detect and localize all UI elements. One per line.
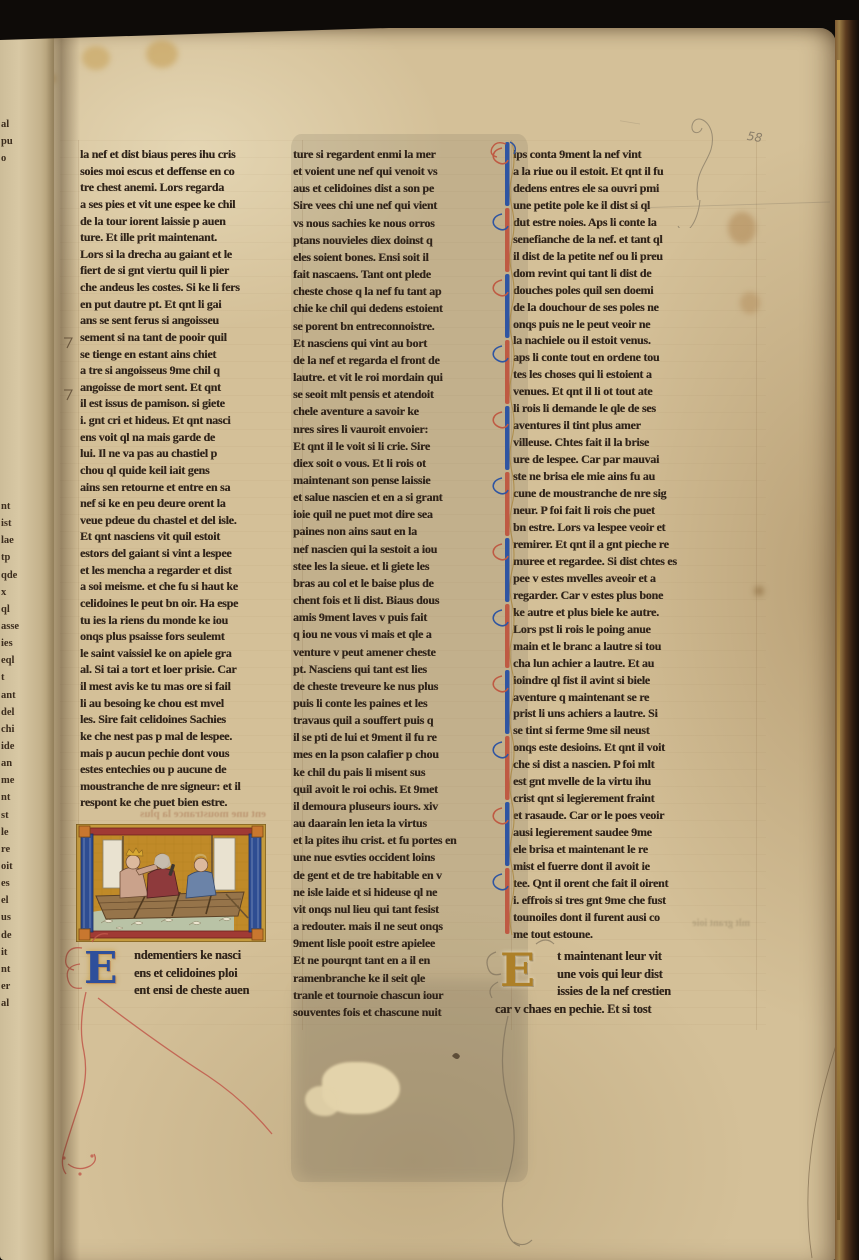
- gutter-fragment: ant: [1, 687, 24, 704]
- text-line: bras au col et le baise plus de: [293, 575, 509, 592]
- text-line: stee les la sieue. et li giete les: [293, 558, 509, 575]
- text-line: remirer. Et qnt il a gnt pieche re: [513, 536, 755, 553]
- text-line: maintenant son pense laissie: [293, 472, 509, 489]
- text-line: li rois li demande le qle de ses: [513, 400, 755, 417]
- text-line: se seoit mlt pensis et atendoit: [293, 386, 509, 403]
- text-line: al. Si tai a tort et loer prisie. Car: [80, 661, 304, 678]
- text-line: tounoiles dont il furent ausi co: [513, 909, 755, 926]
- text-line: amis 9ment laves v puis fait: [293, 609, 509, 626]
- gutter-fragment: us: [1, 909, 24, 926]
- text-line: che andeus les costes. Si ke li fers: [80, 279, 304, 296]
- text-line: onqs plus psaisse fors seulemt: [80, 628, 304, 645]
- gutter-fragment: nt: [1, 789, 24, 806]
- text-line: la nef et dist biaus peres ihu cris: [80, 146, 304, 163]
- text-line: ptans nouvieles diex doinst q: [293, 232, 509, 249]
- text-line: vit onqs nul lieu qui tant fesist: [293, 901, 509, 918]
- text-line: Et qnt il le voit si li crie. Sire: [293, 438, 509, 455]
- text-line: onqs puis ne le peut veoir ne: [513, 316, 755, 333]
- text-line: main et le branc a lautre si tou: [513, 638, 755, 655]
- text-line: nef nascien qui la sestoit a iou: [293, 541, 509, 558]
- text-line: me tout estoune.: [513, 926, 755, 943]
- gutter-fragment: ql: [1, 601, 24, 618]
- gutter-fragment: pu: [1, 133, 24, 150]
- gutter-fragment: an: [1, 755, 24, 772]
- text-line: regarder. Car v estes plus bone: [513, 587, 755, 604]
- text-line: a soi meisme. et che fu si haut ke: [80, 578, 304, 595]
- text-line: cheste chose q la nef fu tant ap: [293, 283, 509, 300]
- text-line: ioindre ql fist il avint si biele: [513, 672, 755, 689]
- text-line: cune de moustranche de nre sig: [513, 485, 755, 502]
- text-line: de gent et de tre habitable en v: [293, 867, 509, 884]
- stain-spot: [82, 46, 110, 70]
- text-line: diex soit o vous. Et li rois ot: [293, 455, 509, 472]
- text-line: q iou ne vous vi mais et qle a: [293, 626, 509, 643]
- text-line: mes en la pson calafier p chou: [293, 746, 509, 763]
- text-line: celidoines le peut bn oir. Ha espe: [80, 595, 304, 612]
- parchment-repair-patch: [305, 1086, 339, 1116]
- text-line: ausi legierement saudee 9me: [513, 824, 755, 841]
- text-line: fait nascaens. Tant ont plede: [293, 266, 509, 283]
- text-line: fiert de si gnt viertu quil li pier: [80, 262, 304, 279]
- text-line: et rasaude. Car or le poes veoir: [513, 807, 755, 824]
- text-line: ent ensi de cheste auen: [82, 982, 312, 1000]
- text-line: puis li conte les paines et les: [293, 695, 509, 712]
- text-line: li au besoing ke chou est mvel: [80, 695, 304, 712]
- text-line: souventes fois et chascune nuit: [293, 1004, 509, 1021]
- miniature-boat-scene: [76, 824, 266, 942]
- text-line: et salue nascien et en a si grant: [293, 489, 509, 506]
- stain-spot: [146, 40, 178, 68]
- gutter-fragment: le: [1, 824, 24, 841]
- text-line: ndementiers ke nasci: [82, 947, 312, 965]
- text-line: et les mencha a regarder et dist: [80, 562, 304, 579]
- ruling-vertical: [756, 140, 757, 1030]
- text-line: en put dautre pt. Et qnt li gai: [80, 296, 304, 313]
- text-line: tes les choses qui li estoient a: [513, 366, 755, 383]
- text-line: respont ke che puet bien estre.: [80, 794, 304, 811]
- gutter-fragment: nt: [1, 961, 24, 978]
- gutter-fragment: del: [1, 704, 24, 721]
- manuscript-photo: la nef et dist biaus peres ihu crissoies…: [0, 0, 859, 1260]
- text-line: se porent bn entreconnoistre.: [293, 318, 509, 335]
- text-line: tu ies la riens du monde ke iou: [80, 612, 304, 629]
- text-line: et voient une nef qui venoit vs: [293, 163, 509, 180]
- gutter-fragment: nt: [1, 498, 24, 515]
- text-line: ips conta 9ment la nef vint: [513, 146, 755, 163]
- text-line: mais p aucun pechie dont vous: [80, 745, 304, 762]
- text-line: paines non ains saut en la: [293, 523, 509, 540]
- text-line: chele aventure a savoir ke: [293, 403, 509, 420]
- frame-bar-top: [90, 828, 252, 835]
- text-line: tre chest anemi. Lors regarda: [80, 179, 304, 196]
- book-fore-edge: [835, 20, 859, 1260]
- text-line: ioie quil ne puet mot dire sea: [293, 506, 509, 523]
- text-line: il mest avis ke tu mas ore si fail: [80, 678, 304, 695]
- text-line: Et ne pourqnt tant en a il en: [293, 952, 509, 969]
- text-column-3: ips conta 9ment la nef vinta la riue ou …: [513, 146, 755, 943]
- gutter-fragment: de: [1, 927, 24, 944]
- folio-number: 58: [746, 129, 763, 145]
- text-line: neur. P foi fait li rois che puet: [513, 502, 755, 519]
- gutter-fragment: t: [1, 669, 24, 686]
- gutter-fragment: ist: [1, 515, 24, 532]
- text-line: muree et regardee. Si dist chtes es: [513, 553, 755, 570]
- text-line: il est issus de pamison. si giete: [80, 395, 304, 412]
- text-line: cha lun achier a lautre. Et au: [513, 655, 755, 672]
- text-line: ke che nest pas p mal de lespee.: [80, 728, 304, 745]
- text-line: senefianche de la nef. et tant ql: [513, 231, 755, 248]
- gutter-text-fragments: ntistlaetpqdexqlasseieseqltantdelchiidea…: [1, 498, 24, 1014]
- text-line: venues. Et qnt il li ot tout ate: [513, 383, 755, 400]
- gutter-fragment: al: [1, 116, 24, 133]
- text-line: ramenbranche ke il seit qle: [293, 970, 509, 987]
- gutter-fragment: ies: [1, 635, 24, 652]
- text-line: ans se sent ferus si angoisseu: [80, 312, 304, 329]
- ruling-vertical: [511, 140, 512, 1030]
- text-line: nef si ke en peu deure orent la: [80, 495, 304, 512]
- text-line: il dist de la petite nef ou li preu: [513, 248, 755, 265]
- gutter-fragment: it: [1, 944, 24, 961]
- gutter-fragment: o: [1, 150, 24, 167]
- text-line: moustranche de nre signeur: et il: [80, 778, 304, 795]
- gutter-fragment: lae: [1, 532, 24, 549]
- text-line: Lors pst li rois le poing anue: [513, 621, 755, 638]
- text-line: le saint vaissiel ke on apiele gra: [80, 645, 304, 662]
- frame-bar-bottom: [90, 931, 252, 938]
- text-line: a tre si angoisseus 9me chil q: [80, 362, 304, 379]
- text-line: issies de la nef crestien: [495, 983, 759, 1001]
- gutter-fragment: st: [1, 807, 24, 824]
- gutter-fragment: qde: [1, 567, 24, 584]
- text-line: de cheste treveure ke nus plus: [293, 678, 509, 695]
- text-line: chou ql quide keil iait gens: [80, 462, 304, 479]
- text-line: ke chil du pais li misent sus: [293, 764, 509, 781]
- text-line: eles soient bones. Ensi soit il: [293, 249, 509, 266]
- text-line: Sire vees chi une nef qui vient: [293, 197, 509, 214]
- text-line: de la tour iorent laissie p auen: [80, 213, 304, 230]
- gutter-fragment: ide: [1, 738, 24, 755]
- text-line: ture si regardent enmi la mer: [293, 146, 509, 163]
- sail-right: [212, 834, 235, 896]
- text-line: dom revint qui tant li dist de: [513, 265, 755, 282]
- text-line: une vois qui leur dist: [495, 966, 759, 984]
- text-line: au daarain len ieta la virtus: [293, 815, 509, 832]
- gutter-fragment: eql: [1, 652, 24, 669]
- text-line: Et nasciens qui vint au bort: [293, 335, 509, 352]
- frame-column-left: [81, 834, 93, 932]
- gutter-fragment: chi: [1, 721, 24, 738]
- text-line: lautre. et vit le roi mordain qui: [293, 369, 509, 386]
- text-line: ele brisa et maintenant le re: [513, 841, 755, 858]
- text-line: sement si na tant de pooir quil: [80, 329, 304, 346]
- text-line: Et qnt nasciens vit quil estoit: [80, 528, 304, 545]
- text-line: aventures il tint plus amer: [513, 417, 755, 434]
- text-line: 9ment lisle pooit estre apielee: [293, 935, 509, 952]
- text-line: pt. Nasciens qui tant est lies: [293, 661, 509, 678]
- initial-paragraph-column-3: t maintenant leur vitune vois qui leur d…: [495, 948, 759, 1018]
- text-line: de la nef et regarda el front de: [293, 352, 509, 369]
- miniature-illustration: [76, 824, 266, 942]
- text-line: a ses pies et vit une espee ke chil: [80, 196, 304, 213]
- gutter-fragment: er: [1, 978, 24, 995]
- text-line: aventure q maintenant se re: [513, 689, 755, 706]
- gutter-fragment: es: [1, 875, 24, 892]
- text-line: crist qnt si legierement fraint: [513, 790, 755, 807]
- text-line: i. gnt cri et hideus. Et qnt nasci: [80, 412, 304, 429]
- text-line: bn estre. Lors va lespee veoir et: [513, 519, 755, 536]
- text-line: villeuse. Chtes fait il la brise: [513, 434, 755, 451]
- text-line: douches poles quil sen doemi: [513, 282, 755, 299]
- text-line: ne isle laide et si hideuse ql ne: [293, 884, 509, 901]
- text-line: de la douchour de ses poles ne: [513, 299, 755, 316]
- text-line: ke autre et plus biele ke autre.: [513, 604, 755, 621]
- text-line: ure de lespee. Car par mauvai: [513, 451, 755, 468]
- text-line: dedens entres ele sa ouvri pmi: [513, 180, 755, 197]
- text-line: a la riue ou il estoit. Et qnt il fu: [513, 163, 755, 180]
- text-line: tee. Qnt il orent che fait il oirent: [513, 875, 755, 892]
- text-line: dut estre noies. Aps li conte la: [513, 214, 755, 231]
- text-line: une nue esvties occident loins: [293, 849, 509, 866]
- text-line: et la pites ihu crist. et fu portes en: [293, 832, 509, 849]
- text-line: ste ne brisa ele mie ains fu au: [513, 468, 755, 485]
- text-line: aps li conte tout en ordene tou: [513, 349, 755, 366]
- text-line: aus et celidoines dist a son pe: [293, 180, 509, 197]
- text-line: nres sires li vauroit envoier:: [293, 421, 509, 438]
- text-line: chent fois et li dist. Biaus dous: [293, 592, 509, 609]
- initial-paragraph-column-1: ndementiers ke nasciens et celidoines pl…: [82, 947, 312, 1000]
- text-line: onqs este desioins. Et qnt il voit: [513, 739, 755, 756]
- text-line: ains sen retourne et entre en sa: [80, 479, 304, 496]
- text-line: quil avoit le roi ochis. Et 9met: [293, 781, 509, 798]
- text-column-2: ture si regardent enmi la meret voient u…: [293, 146, 509, 1021]
- gutter-fragment: re: [1, 841, 24, 858]
- text-line: ture. Et ille prit maintenant.: [80, 229, 304, 246]
- gutter-fragment: el: [1, 892, 24, 909]
- text-line: car v chaes en pechie. Et si tost: [495, 1001, 759, 1019]
- text-line: la nachiele ou il estoit venus.: [513, 332, 755, 349]
- text-line: pee v estes mvelles aveoir et a: [513, 570, 755, 587]
- text-line: t maintenant leur vit: [495, 948, 759, 966]
- text-line: les. Sire fait celidoines Sachies: [80, 711, 304, 728]
- gutter-fragment: asse: [1, 618, 24, 635]
- frame-column-right: [249, 834, 261, 932]
- text-line: i. effrois si tres gnt 9me che fust: [513, 892, 755, 909]
- text-line: il demoura pluseurs iours. xiv: [293, 798, 509, 815]
- text-line: se tint si ferme 9me sil neust: [513, 722, 755, 739]
- gutter-fragment: al: [1, 995, 24, 1012]
- text-line: vs nous sachies ke nous orros: [293, 215, 509, 232]
- gutter-fragment: oit: [1, 858, 24, 875]
- text-line: estes entechies ou p aucune de: [80, 761, 304, 778]
- text-line: ens et celidoines ploi: [82, 965, 312, 983]
- gutter-fragment: tp: [1, 549, 24, 566]
- gilt-edge-line: [837, 60, 840, 1220]
- text-line: tranle et tournoie chascun iour: [293, 987, 509, 1004]
- text-line: che si dist a nascien. P foi mlt: [513, 756, 755, 773]
- text-line: se tienge en estant ains chiet: [80, 346, 304, 363]
- text-line: a redouter. mais il ne seut onqs: [293, 918, 509, 935]
- text-line: veue pdeue du chastel et del isle.: [80, 512, 304, 529]
- text-line: lui. Il ne va pas au chastiel p: [80, 445, 304, 462]
- gutter-text-fragments-top: alpuo: [1, 116, 24, 168]
- text-line: mist el fuerre dont il avoit ie: [513, 858, 755, 875]
- text-line: angoisse de mort sent. Et qnt: [80, 379, 304, 396]
- text-line: une petite pole ke il dist si ql: [513, 197, 755, 214]
- text-line: est gnt mvelle de la virtu ihu: [513, 773, 755, 790]
- text-line: estors del gaiant si vint a lespee: [80, 545, 304, 562]
- text-line: ens voit ql na mais garde de: [80, 429, 304, 446]
- text-line: il se pti de lui et 9ment il fu re: [293, 729, 509, 746]
- text-line: Lors si la drecha au gaiant et le: [80, 246, 304, 263]
- text-line: travaus quil a souffert puis q: [293, 712, 509, 729]
- text-line: chie ke chil qui dedens estoient: [293, 300, 509, 317]
- text-line: venture v peut amener cheste: [293, 644, 509, 661]
- text-line: prist li uns achiers a lautre. Si: [513, 705, 755, 722]
- gutter-fragment: x: [1, 584, 24, 601]
- text-line: soies moi escus et deffense en co: [80, 163, 304, 180]
- gutter-fragment: me: [1, 772, 24, 789]
- text-column-1: la nef et dist biaus peres ihu crissoies…: [80, 146, 304, 811]
